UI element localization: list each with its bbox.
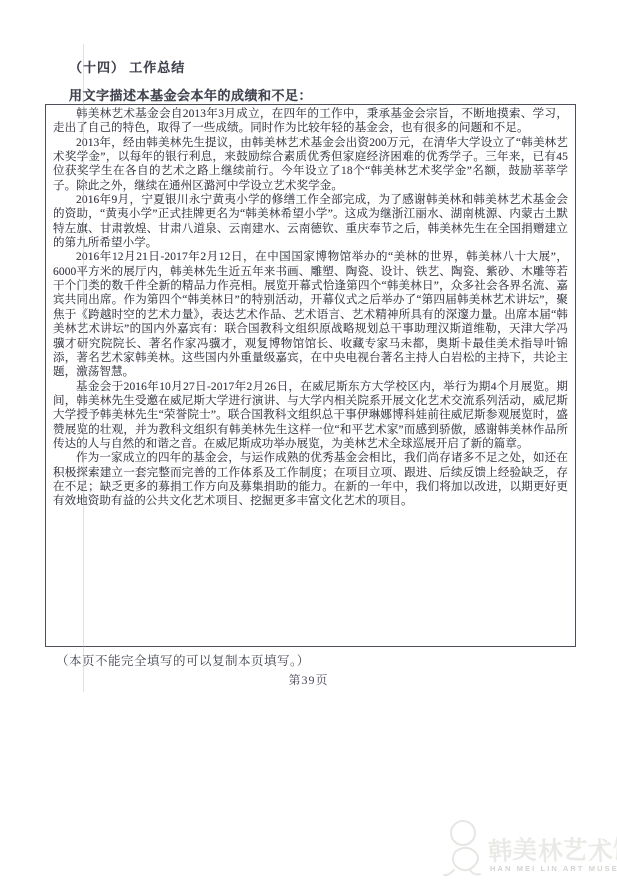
summary-prompt: 用文字描述本基金会本年的成绩和不足：: [69, 85, 312, 104]
museum-watermark: 韩美林艺术馆 HAN MEI LIN ART MUSEUM: [442, 818, 614, 880]
museum-logo-icon: [442, 818, 488, 880]
copy-page-note: （本页不能完全填写的可以复制本页填写。）: [56, 651, 310, 669]
scanned-form-page: （十四） 工作总结 用文字描述本基金会本年的成绩和不足： 韩美林艺术基金会自20…: [0, 0, 617, 887]
summary-paragraph-1: 韩美林艺术基金会自2013年3月成立，在四年的工作中，秉承基金会宗旨，不断地摸索…: [53, 107, 568, 136]
summary-paragraph-4: 2016年12月21日-2017年2月12日，在中国国家博物馆举办的“美林的世界…: [53, 250, 568, 379]
watermark-chinese-text: 韩美林艺术馆: [488, 829, 614, 866]
summary-paragraph-3: 2016年9月，宁夏银川永宁黄夷小学的修缮工作全部完成，为了感谢韩美林和韩美林艺…: [53, 193, 568, 250]
work-summary-box: 韩美林艺术基金会自2013年3月成立，在四年的工作中，秉承基金会宗旨，不断地摸索…: [45, 104, 576, 647]
summary-paragraph-5: 基金会于2016年10月27日-2017年2月26日，在威尼斯东方大学校区内，举…: [53, 380, 568, 452]
section-heading: （十四） 工作总结: [69, 57, 185, 76]
summary-paragraph-6: 作为一家成立的四年的基金会，与运作成熟的优秀基金会相比，我们尚存诸多不足之处，如…: [53, 451, 568, 508]
summary-paragraph-2: 2013年，经由韩美林先生提议，由韩美林艺术基金会出资200万元，在清华大学设立…: [53, 136, 568, 193]
page-number: 第39页: [0, 671, 617, 688]
watermark-english-text: HAN MEI LIN ART MUSEUM: [490, 864, 617, 873]
